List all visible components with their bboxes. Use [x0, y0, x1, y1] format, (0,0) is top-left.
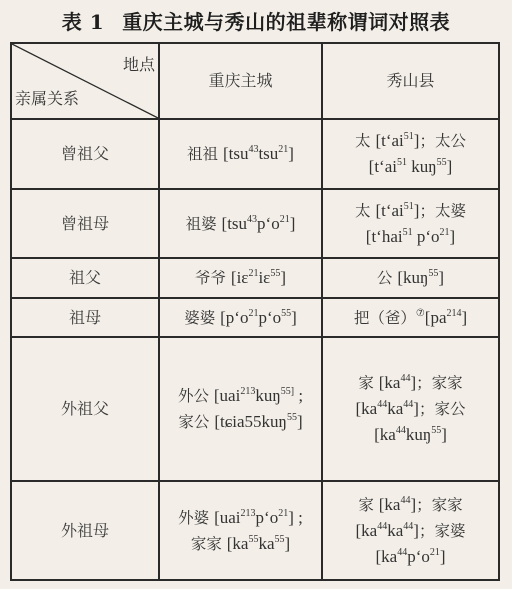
term-line: 太 [t‘ai51]；太公: [325, 128, 496, 154]
ipa-transcription: p‘o: [407, 547, 430, 566]
ipa-transcription: ]: [297, 412, 303, 431]
table-row: 外祖母外婆 [uai213p‘o21] ;家家 [ka55ka55]家 [ka4…: [11, 481, 499, 580]
ipa-transcription: kuŋ: [406, 425, 431, 444]
ipa-transcription: ]: [450, 227, 456, 246]
chinese-term: 爷爷: [195, 269, 231, 287]
ipa-transcription: ]: [462, 308, 468, 327]
relation-cell: 祖父: [11, 258, 159, 298]
chinese-term: 家公: [178, 413, 214, 431]
chinese-term: 家家: [191, 535, 227, 553]
chinese-term: ；太公: [419, 132, 466, 150]
ipa-transcription: iɛ: [258, 268, 270, 287]
chinese-term: ；家家: [416, 374, 463, 392]
ipa-transcription: [ka: [227, 534, 249, 553]
tone-superscript: 55: [428, 268, 438, 279]
tone-superscript: 43: [248, 144, 258, 155]
tone-superscript: 21: [278, 144, 288, 155]
ipa-transcription: ka: [387, 521, 403, 540]
tone-superscript: 44: [397, 547, 407, 558]
ipa-transcription: kuŋ: [255, 386, 280, 405]
term-line: 家家 [ka55ka55]: [162, 531, 319, 557]
chinese-term: 婆婆: [184, 309, 220, 327]
table-row: 外祖父外公 [uai213kuŋ55] ;家公 [tɕia55kuŋ55]家 […: [11, 337, 499, 481]
chinese-term: 太: [355, 132, 375, 150]
term-line: [ka44kuŋ55]: [325, 422, 496, 448]
relation-cell: 曾祖母: [11, 189, 159, 258]
ipa-transcription: [tɕia55kuŋ: [214, 412, 287, 431]
term-line: 家 [ka44]；家家: [325, 370, 496, 396]
chinese-term: 公: [377, 269, 397, 287]
ipa-transcription: ka: [258, 534, 274, 553]
table-caption: 重庆主城与秀山的祖辈称谓词对照表: [122, 10, 450, 34]
chongqing-term-cell: 祖婆 [tsu43p‘o21]: [159, 189, 322, 258]
chinese-term: 祖祖: [187, 145, 223, 163]
ipa-transcription: p‘o: [258, 308, 281, 327]
tone-superscript: 55: [431, 425, 441, 436]
ipa-transcription: [ka: [379, 495, 401, 514]
tone-superscript: 213: [241, 508, 256, 519]
ipa-transcription: p‘o: [256, 508, 279, 527]
ipa-transcription: ]: [285, 534, 291, 553]
table-row: 祖父爷爷 [iɛ21iɛ55]公 [kuŋ55]: [11, 258, 499, 298]
ipa-transcription: [tsu: [223, 144, 249, 163]
xiushan-term-cell: 把（爸）⑦[pa214]: [322, 298, 499, 337]
table-row: 曾祖父祖祖 [tsu43tsu21]太 [t‘ai51]；太公[t‘ai51 k…: [11, 119, 499, 189]
ipa-transcription: ]: [440, 547, 446, 566]
ipa-transcription: kuŋ: [407, 157, 437, 176]
chinese-term: ；家婆: [419, 522, 466, 540]
term-line: [ka44ka44]；家婆: [325, 518, 496, 544]
xiushan-term-cell: 太 [t‘ai51]；太公[t‘ai51 kuŋ55]: [322, 119, 499, 189]
ipa-transcription: ka: [387, 399, 403, 418]
ipa-transcription: [uai: [214, 508, 240, 527]
tone-superscript: 55]: [281, 386, 294, 397]
location-axis-label: 地点: [123, 52, 155, 78]
tone-superscript: 44: [400, 373, 410, 384]
ipa-transcription: ]: [288, 144, 294, 163]
ipa-transcription: [tsu: [222, 214, 248, 233]
relation-cell: 外祖父: [11, 337, 159, 481]
term-line: 婆婆 [p‘o21p‘o55]: [162, 305, 319, 331]
tone-superscript: 55: [437, 157, 447, 168]
tone-superscript: 55: [275, 534, 285, 545]
table-row: 曾祖母祖婆 [tsu43p‘o21]太 [t‘ai51]；太婆[t‘hai51 …: [11, 189, 499, 258]
chinese-term: 家: [358, 374, 378, 392]
ipa-transcription: ]: [291, 308, 297, 327]
term-line: 外公 [uai213kuŋ55] ;: [162, 383, 319, 409]
term-line: 公 [kuŋ55]: [325, 265, 496, 291]
chongqing-term-cell: 祖祖 [tsu43tsu21]: [159, 119, 322, 189]
header-row: 地点 亲属关系 重庆主城 秀山县: [11, 43, 499, 119]
term-line: 祖婆 [tsu43p‘o21]: [162, 211, 319, 237]
tone-superscript: 214: [447, 308, 462, 319]
tone-superscript: 21: [248, 268, 258, 279]
ipa-transcription: [ka: [379, 373, 401, 392]
chongqing-term-cell: 爷爷 [iɛ21iɛ55]: [159, 258, 322, 298]
ipa-transcription: tsu: [258, 144, 278, 163]
tone-superscript: 44: [403, 399, 413, 410]
ipa-transcription: ;: [294, 386, 303, 405]
xiushan-term-cell: 公 [kuŋ55]: [322, 258, 499, 298]
tone-superscript: 55: [287, 412, 297, 423]
ipa-transcription: [p‘o: [220, 308, 248, 327]
column-header-chongqing: 重庆主城: [159, 43, 322, 119]
ipa-transcription: ]: [438, 268, 444, 287]
chinese-term: 祖婆: [186, 215, 222, 233]
kinship-terms-table: 地点 亲属关系 重庆主城 秀山县 曾祖父祖祖 [tsu43tsu21]太 [t‘…: [10, 42, 500, 581]
term-line: 家 [ka44]；家家: [325, 492, 496, 518]
tone-superscript: 55: [248, 534, 258, 545]
ipa-transcription: [kuŋ: [397, 268, 428, 287]
tone-superscript: 44: [403, 521, 413, 532]
chinese-term: 外公: [178, 387, 214, 405]
footnote-marker: ⑦: [416, 308, 425, 319]
table-row: 祖母婆婆 [p‘o21p‘o55]把（爸）⑦[pa214]: [11, 298, 499, 337]
term-line: 外婆 [uai213p‘o21] ;: [162, 505, 319, 531]
tone-superscript: 213: [240, 386, 255, 397]
chongqing-term-cell: 婆婆 [p‘o21p‘o55]: [159, 298, 322, 337]
chinese-term: 家: [358, 496, 378, 514]
ipa-transcription: [ka: [356, 399, 378, 418]
ipa-transcription: [ka: [375, 547, 397, 566]
tone-superscript: 21: [280, 214, 290, 225]
ipa-transcription: ]: [447, 157, 453, 176]
term-line: [t‘ai51 kuŋ55]: [325, 154, 496, 180]
ipa-transcription: [ka: [374, 425, 396, 444]
xiushan-term-cell: 太 [t‘ai51]；太婆[t‘hai51 p‘o21]: [322, 189, 499, 258]
tone-superscript: 51: [397, 157, 407, 168]
term-line: [ka44ka44]；家公: [325, 396, 496, 422]
xiushan-term-cell: 家 [ka44]；家家[ka44ka44]；家婆[ka44p‘o21]: [322, 481, 499, 580]
chinese-term: 外婆: [178, 509, 214, 527]
tone-superscript: 21: [278, 508, 288, 519]
relation-cell: 外祖母: [11, 481, 159, 580]
tone-superscript: 55: [281, 308, 291, 319]
ipa-transcription: [uai: [214, 386, 240, 405]
ipa-transcription: [t‘ai: [375, 131, 403, 150]
chinese-term: 把（爸）: [354, 309, 416, 327]
ipa-transcription: ]: [441, 425, 447, 444]
chongqing-term-cell: 外公 [uai213kuŋ55] ;家公 [tɕia55kuŋ55]: [159, 337, 322, 481]
tone-superscript: 43: [247, 214, 257, 225]
tone-superscript: 51: [404, 201, 414, 212]
column-header-xiushan: 秀山县: [322, 43, 499, 119]
ipa-transcription: ]: [290, 214, 296, 233]
relation-cell: 曾祖父: [11, 119, 159, 189]
tone-superscript: 21: [248, 308, 258, 319]
term-line: 爷爷 [iɛ21iɛ55]: [162, 265, 319, 291]
ipa-transcription: [iɛ: [231, 268, 249, 287]
chinese-term: 太: [355, 202, 375, 220]
ipa-transcription: [t‘hai: [366, 227, 403, 246]
tone-superscript: 44: [400, 495, 410, 506]
ipa-transcription: [t‘ai: [369, 157, 397, 176]
chinese-term: ；家公: [419, 400, 466, 418]
tone-superscript: 44: [396, 425, 406, 436]
tone-superscript: 21: [430, 547, 440, 558]
term-line: 太 [t‘ai51]；太婆: [325, 198, 496, 224]
xiushan-term-cell: 家 [ka44]；家家[ka44ka44]；家公[ka44kuŋ55]: [322, 337, 499, 481]
tone-superscript: 51: [403, 227, 413, 238]
table-title: 表 1重庆主城与秀山的祖辈称谓词对照表: [0, 6, 512, 35]
term-line: 家公 [tɕia55kuŋ55]: [162, 409, 319, 435]
ipa-transcription: [pa: [425, 308, 447, 327]
tone-superscript: 44: [377, 399, 387, 410]
corner-header-cell: 地点 亲属关系: [11, 43, 159, 119]
relation-cell: 祖母: [11, 298, 159, 337]
tone-superscript: 51: [404, 131, 414, 142]
ipa-transcription: [t‘ai: [375, 201, 403, 220]
ipa-transcription: ]: [280, 268, 286, 287]
term-line: [ka44p‘o21]: [325, 544, 496, 570]
tone-superscript: 55: [270, 268, 280, 279]
relation-axis-label: 亲属关系: [15, 86, 79, 112]
chinese-term: ；太婆: [419, 202, 466, 220]
ipa-transcription: p‘o: [257, 214, 280, 233]
term-line: 祖祖 [tsu43tsu21]: [162, 141, 319, 167]
table-number: 表 1: [62, 10, 104, 34]
ipa-transcription: p‘o: [413, 227, 440, 246]
chongqing-term-cell: 外婆 [uai213p‘o21] ;家家 [ka55ka55]: [159, 481, 322, 580]
term-line: 把（爸）⑦[pa214]: [325, 305, 496, 331]
term-line: [t‘hai51 p‘o21]: [325, 224, 496, 250]
chinese-term: ；家家: [416, 496, 463, 514]
tone-superscript: 44: [377, 521, 387, 532]
ipa-transcription: ] ;: [288, 508, 303, 527]
tone-superscript: 21: [440, 227, 450, 238]
ipa-transcription: [ka: [356, 521, 378, 540]
